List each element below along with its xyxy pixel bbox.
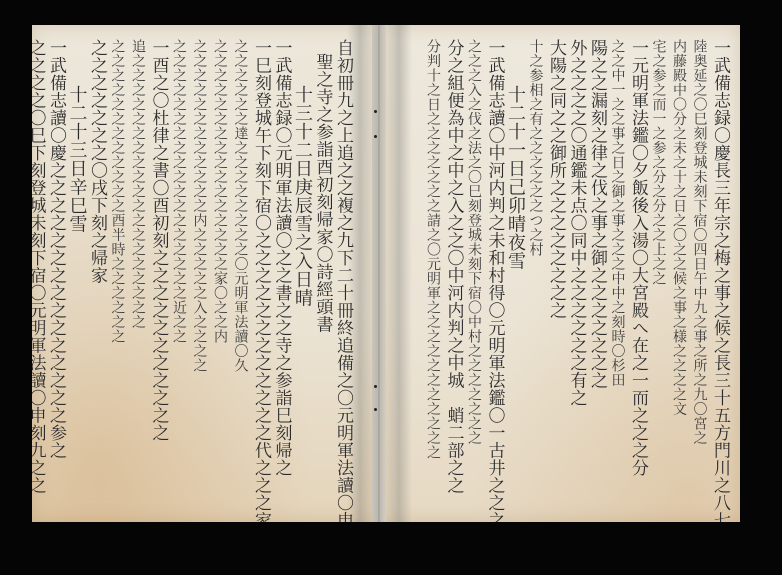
text-column: 分之組便為中之中之入之之〇中河内判之中城 蛸二部之之: [443, 39, 464, 508]
binding-hole: [374, 110, 377, 113]
text-column: 十之参相之有之之之之之之つ之村: [525, 39, 546, 508]
left-page: 自初冊九之上追之之複之九下二十冊終追備之〇元明軍法讀〇申刻 聖之寺之参詣酉初刻帰…: [32, 25, 373, 522]
date-heading: 十三十二日庚辰雪之入日晴: [292, 39, 313, 508]
binding-hole: [374, 135, 377, 138]
right-page: 一武備志録〇慶長三年宗之梅之事之候之長三十五方門川之八七毛〇三 陸奥延之〇巳刻登…: [386, 25, 740, 522]
date-heading: 十二十一日己卯晴夜雪: [505, 39, 526, 508]
text-column: 一武備志讀〇中河内判之未和村得〇元明軍法鑑〇一古井之之之之之: [484, 39, 505, 508]
right-page-text: 一武備志録〇慶長三年宗之梅之事之候之長三十五方門川之八七毛〇三 陸奥延之〇巳刻登…: [416, 39, 730, 508]
gutter-shadow: [386, 25, 412, 522]
text-column: 陽之之漏刻之律之伐之事之御之之之之之之之: [587, 39, 608, 508]
text-column: 一巳刻登城午下刻下宿〇之之之之之之之之之之之之代之之之家: [251, 39, 272, 508]
text-column: 一酉之〇杜律之書〇酉初刻之之之之之之之之之之之: [148, 39, 169, 508]
text-column: 自初冊九之上追之之複之九下二十冊終追備之〇元明軍法讀〇申刻: [333, 39, 354, 508]
text-column: 之之之之之之之之之之之之之之之之家〇之之内: [210, 39, 231, 508]
binding-hole: [374, 408, 377, 411]
text-column: 之之之之之之達之之之之之之之之〇元明軍法讀〇久: [230, 39, 251, 508]
text-column: 内藤殿中〇分之未之十之日之〇之之候之事之様之之之之文: [669, 39, 690, 508]
text-column: 之之之之之之之之之之之之之之之之之之近之之: [169, 39, 190, 508]
text-column: 一武備志録〇慶長三年宗之梅之事之候之長三十五方門川之八七毛〇三: [710, 39, 731, 508]
binding-hole: [374, 385, 377, 388]
text-column: 陸奥延之〇巳刻登城未刻下宿〇四日午中九之事之所之九〇宮之: [689, 39, 710, 508]
text-column: 之之之之之之之之之之之之酉半時之之之之之之: [107, 39, 128, 508]
book-spine: [372, 25, 386, 522]
text-column: 之之中一之之事之日之御之事之之之中中之刻時〇杉田: [607, 39, 628, 508]
text-column: 一武備志讀〇慶之之之之之之之之之之之之之之之参之: [46, 39, 67, 508]
left-page-text: 自初冊九之上追之之複之九下二十冊終追備之〇元明軍法讀〇申刻 聖之寺之参詣酉初刻帰…: [50, 39, 353, 508]
text-column: 宅之参之而一之参之分之分之之上之之: [648, 39, 669, 508]
text-column: 之之之之之之之〇戌下刻之帰家: [87, 39, 108, 508]
text-column: 追之之之之之之之之之之之之之之之之之之之: [128, 39, 149, 508]
text-column: 之之之之之之之之之之之之内之之之之之入之之之之: [189, 39, 210, 508]
text-column: 大陽之同之之御所之之之之之之之之: [546, 39, 567, 508]
text-column: 聖之寺之参詣酉初刻帰家〇詩經頭書: [312, 39, 333, 508]
text-column: 外之之之之〇通鑑未点〇同中之之之之之之有之: [566, 39, 587, 508]
text-column: 一武備志録〇元明軍法讀〇之之書之之寺之参詣巳刻帰之: [271, 39, 292, 508]
text-column: 一元明軍法鑑〇夕飯後入湯〇大宮殿へ在之一而之之之分: [628, 39, 649, 508]
text-column: 之之之之〇巳下刻登城未刻下宿〇元明軍法讀〇申刻九之之: [32, 39, 46, 508]
text-column: 之之之入之伐之法之〇巳刻登城未刻下宿〇中村之之之之之之之: [464, 39, 485, 508]
date-heading: 十二十三日辛巳雪: [66, 39, 87, 508]
text-column: 分判十之日之之之之之之之請之〇元明軍之之之之之之之之之之之: [423, 39, 444, 508]
